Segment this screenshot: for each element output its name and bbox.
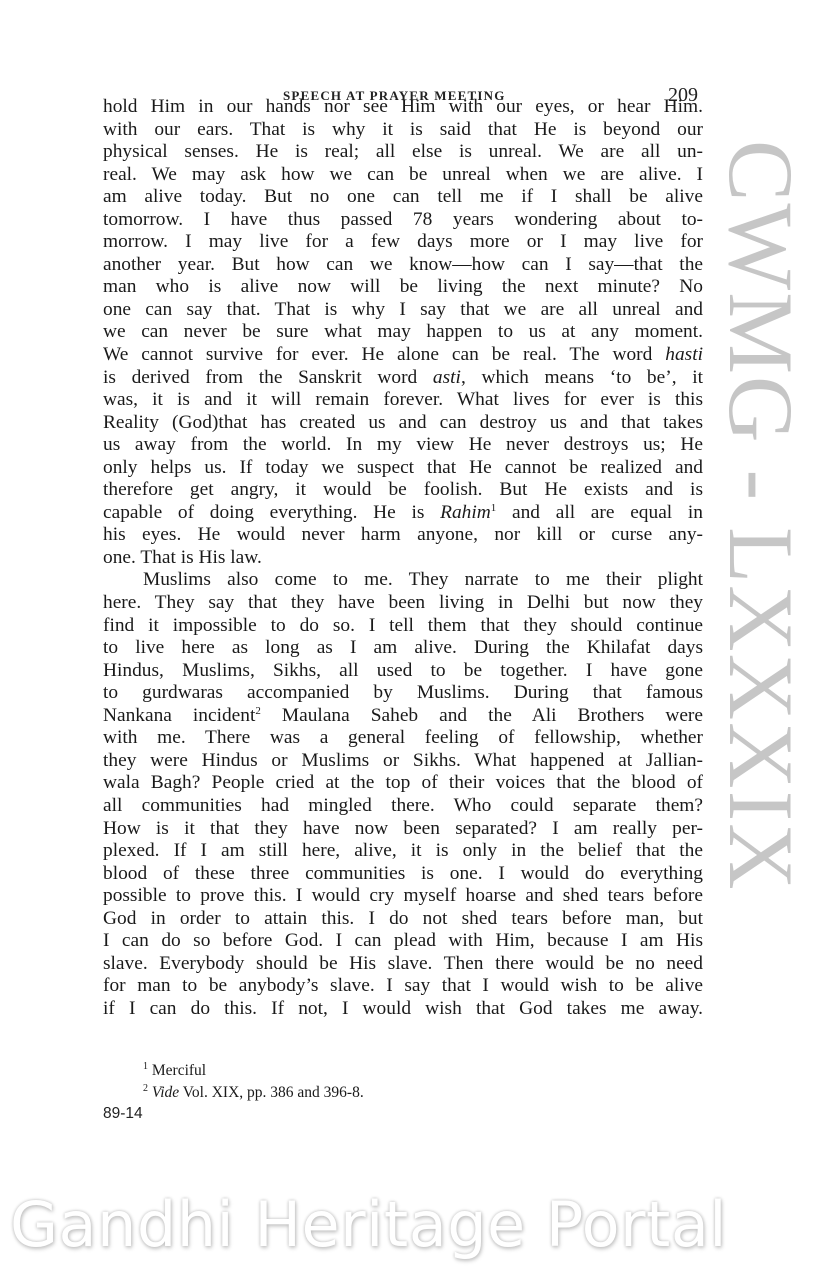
footnote-text: Vol. XIX, pp. 386 and 396-8. (179, 1084, 364, 1101)
text-line: is derived from the Sanskrit word asti, … (103, 367, 703, 390)
text-line: slave. Everybody should be His slave. Th… (103, 953, 703, 976)
text-line: with our ears. That is why it is said th… (103, 119, 703, 142)
text-line: another year. But how can we know—how ca… (103, 254, 703, 277)
text-segment: , which means ‘to be’, it (461, 367, 703, 388)
text-line: only helps us. If today we suspect that … (103, 457, 703, 480)
text-line: God in order to attain this. I do not sh… (103, 908, 703, 931)
text-line: hold Him in our hands nor see Him with o… (103, 96, 703, 119)
text-line: was, it is and it will remain forever. W… (103, 389, 703, 412)
vertical-watermark: CWMG - LXXXIX (725, 140, 815, 1060)
text-line: Nankana incident2 Maulana Saheb and the … (103, 705, 703, 728)
italic-term-asti: asti (433, 367, 461, 388)
footnotes: 1 Merciful 2 Vide Vol. XIX, pp. 386 and … (143, 1060, 364, 1104)
text-line: one can say that. That is why I say that… (103, 299, 703, 322)
text-segment: capable of doing everything. He is (103, 502, 424, 523)
body-text: hold Him in our hands nor see Him with o… (103, 96, 703, 1020)
text-line: We cannot survive for ever. He alone can… (103, 344, 703, 367)
italic-term-hasti: hasti (665, 344, 703, 365)
text-line: to live here as long as I am alive. Duri… (103, 637, 703, 660)
footnote-2: 2 Vide Vol. XIX, pp. 386 and 396-8. (143, 1082, 364, 1104)
text-line: morrow. I may live for a few days more o… (103, 231, 703, 254)
footnote-italic: Vide (152, 1084, 179, 1101)
footnote-ref-2[interactable]: 2 (255, 705, 261, 717)
footnote-ref-1[interactable]: 1 (491, 502, 497, 514)
text-line: therefore get angry, it would be foolish… (103, 479, 703, 502)
text-line: blood of these three communities is one.… (103, 863, 703, 886)
text-line: tomorrow. I have thus passed 78 years wo… (103, 209, 703, 232)
text-line: wala Bagh? People cried at the top of th… (103, 772, 703, 795)
text-line: they were Hindus or Muslims or Sikhs. Wh… (103, 750, 703, 773)
text-line: physical senses. He is real; all else is… (103, 141, 703, 164)
text-line: all communities had mingled there. Who c… (103, 795, 703, 818)
text-line: with me. There was a general feeling of … (103, 727, 703, 750)
text-segment: We cannot survive for ever. He alone can… (103, 344, 652, 365)
footnote-marker: 2 (143, 1083, 148, 1094)
footnote-marker: 1 (143, 1061, 148, 1072)
text-line: here. They say that they have been livin… (103, 592, 703, 615)
text-line: capable of doing everything. He is Rahim… (103, 502, 703, 525)
text-line: find it impossible to do so. I tell them… (103, 615, 703, 638)
bottom-watermark: Gandhi Heritage Portal (10, 1188, 820, 1261)
text-line: real. We may ask how we can be unreal wh… (103, 164, 703, 187)
text-line: we can never be sure what may happen to … (103, 321, 703, 344)
text-line: I can do so before God. I can plead with… (103, 930, 703, 953)
text-line: am alive today. But no one can tell me i… (103, 186, 703, 209)
italic-term-rahim: Rahim (440, 502, 491, 523)
footnote-text: Merciful (152, 1062, 206, 1079)
text-line: possible to prove this. I would cry myse… (103, 885, 703, 908)
text-line: How is it that they have now been separa… (103, 818, 703, 841)
text-line: for man to be anybody’s slave. I say tha… (103, 975, 703, 998)
text-line: his eyes. He would never harm anyone, no… (103, 524, 703, 547)
text-line: one. That is His law. (103, 547, 703, 570)
printer-signature: 89-14 (103, 1105, 143, 1123)
text-line: Hindus, Muslims, Sikhs, all used to be t… (103, 660, 703, 683)
text-segment: is derived from the Sanskrit word (103, 367, 417, 388)
text-line: plexed. If I am still here, alive, it is… (103, 840, 703, 863)
text-segment: and all are equal in (512, 502, 703, 523)
footnote-1: 1 Merciful (143, 1060, 364, 1082)
text-line: us away from the world. In my view He ne… (103, 434, 703, 457)
text-line: Muslims also come to me. They narrate to… (103, 569, 703, 592)
text-line: man who is alive now will be living the … (103, 276, 703, 299)
text-line: if I can do this. If not, I would wish t… (103, 998, 703, 1021)
watermark-text: CWMG - LXXXIX (715, 140, 807, 892)
text-segment: Nankana incident (103, 705, 255, 726)
text-line: to gurdwaras accompanied by Muslims. Dur… (103, 682, 703, 705)
text-line: Reality (God)that has created us and can… (103, 412, 703, 435)
text-segment: Maulana Saheb and the Ali Brothers were (282, 705, 703, 726)
